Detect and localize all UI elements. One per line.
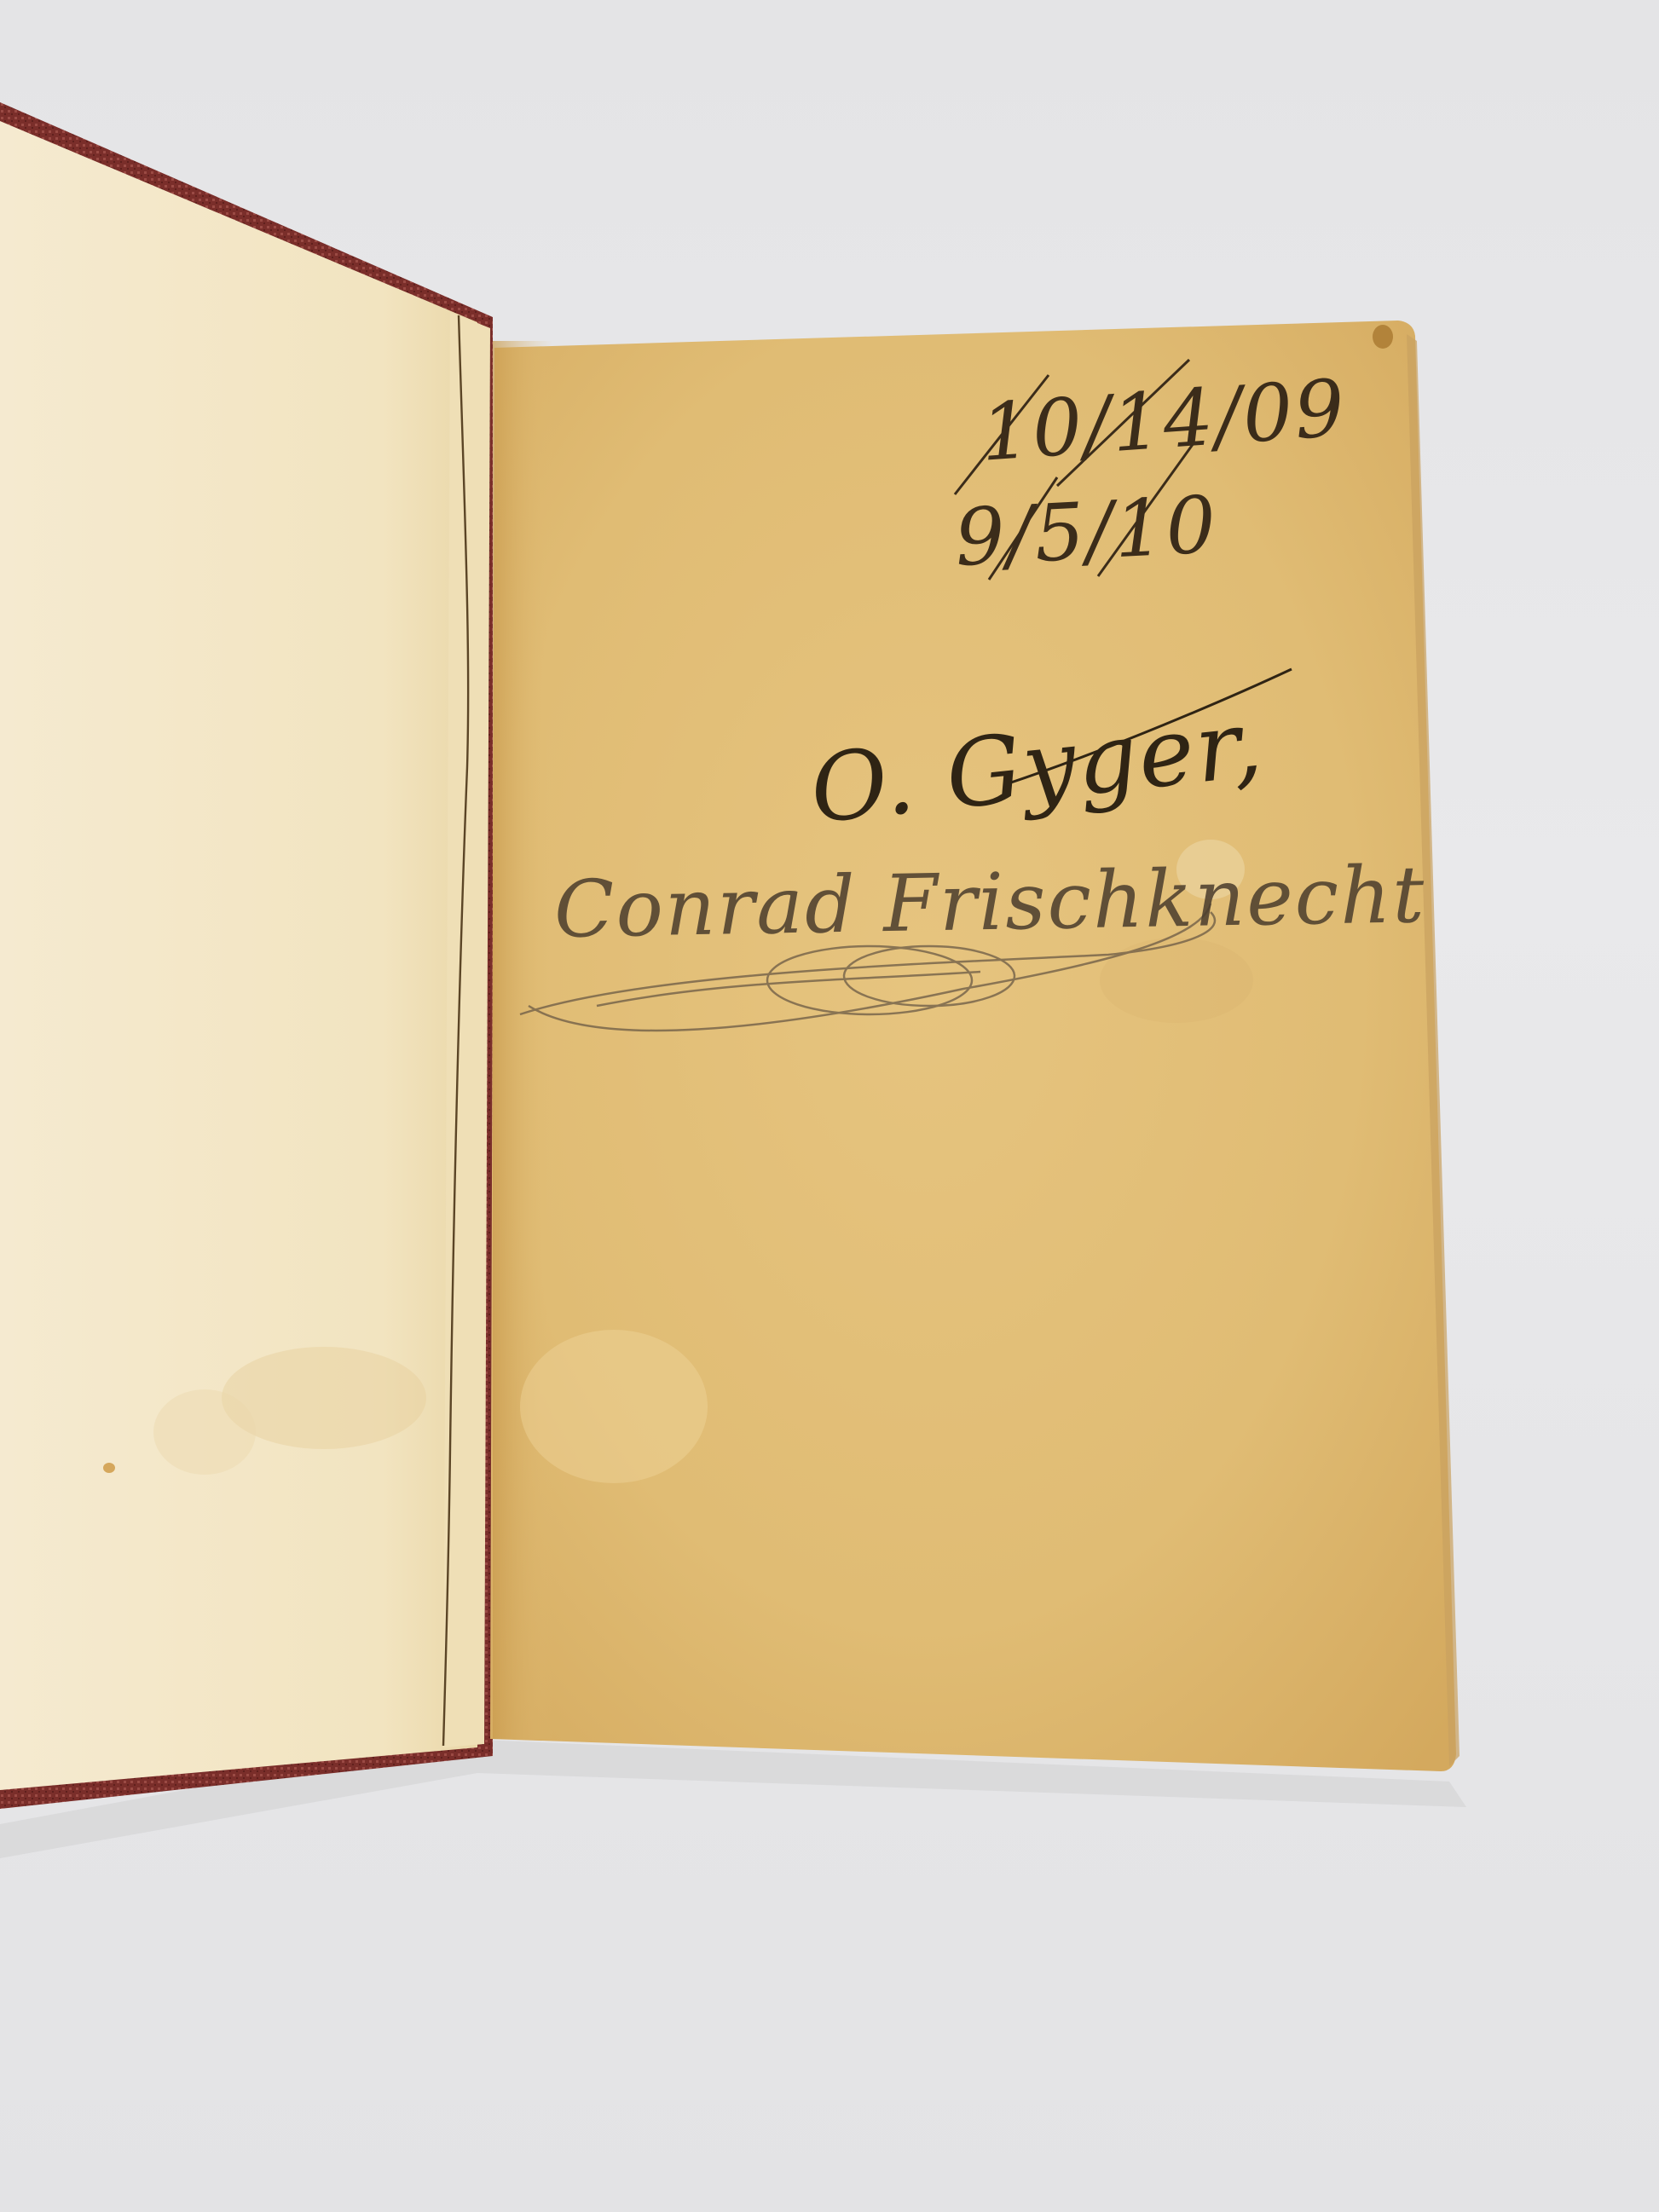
left-pastedown-page xyxy=(0,121,477,1790)
water-stain xyxy=(153,1389,256,1475)
water-stain xyxy=(520,1330,708,1483)
toning-patch xyxy=(1100,938,1253,1023)
foxing-spot xyxy=(103,1463,115,1473)
open-book xyxy=(0,0,1659,2212)
book-photo: 10/14/09 9/5/10 O. Gyger, Conrad Frischk… xyxy=(0,0,1659,2212)
signature-pencil: Conrad Frischknecht xyxy=(553,849,1426,956)
hinge-fold xyxy=(443,312,490,1747)
handwritten-date-2: 9/5/10 xyxy=(952,479,1219,584)
corner-stain xyxy=(1373,325,1393,349)
gutter-shadow xyxy=(493,341,552,1739)
